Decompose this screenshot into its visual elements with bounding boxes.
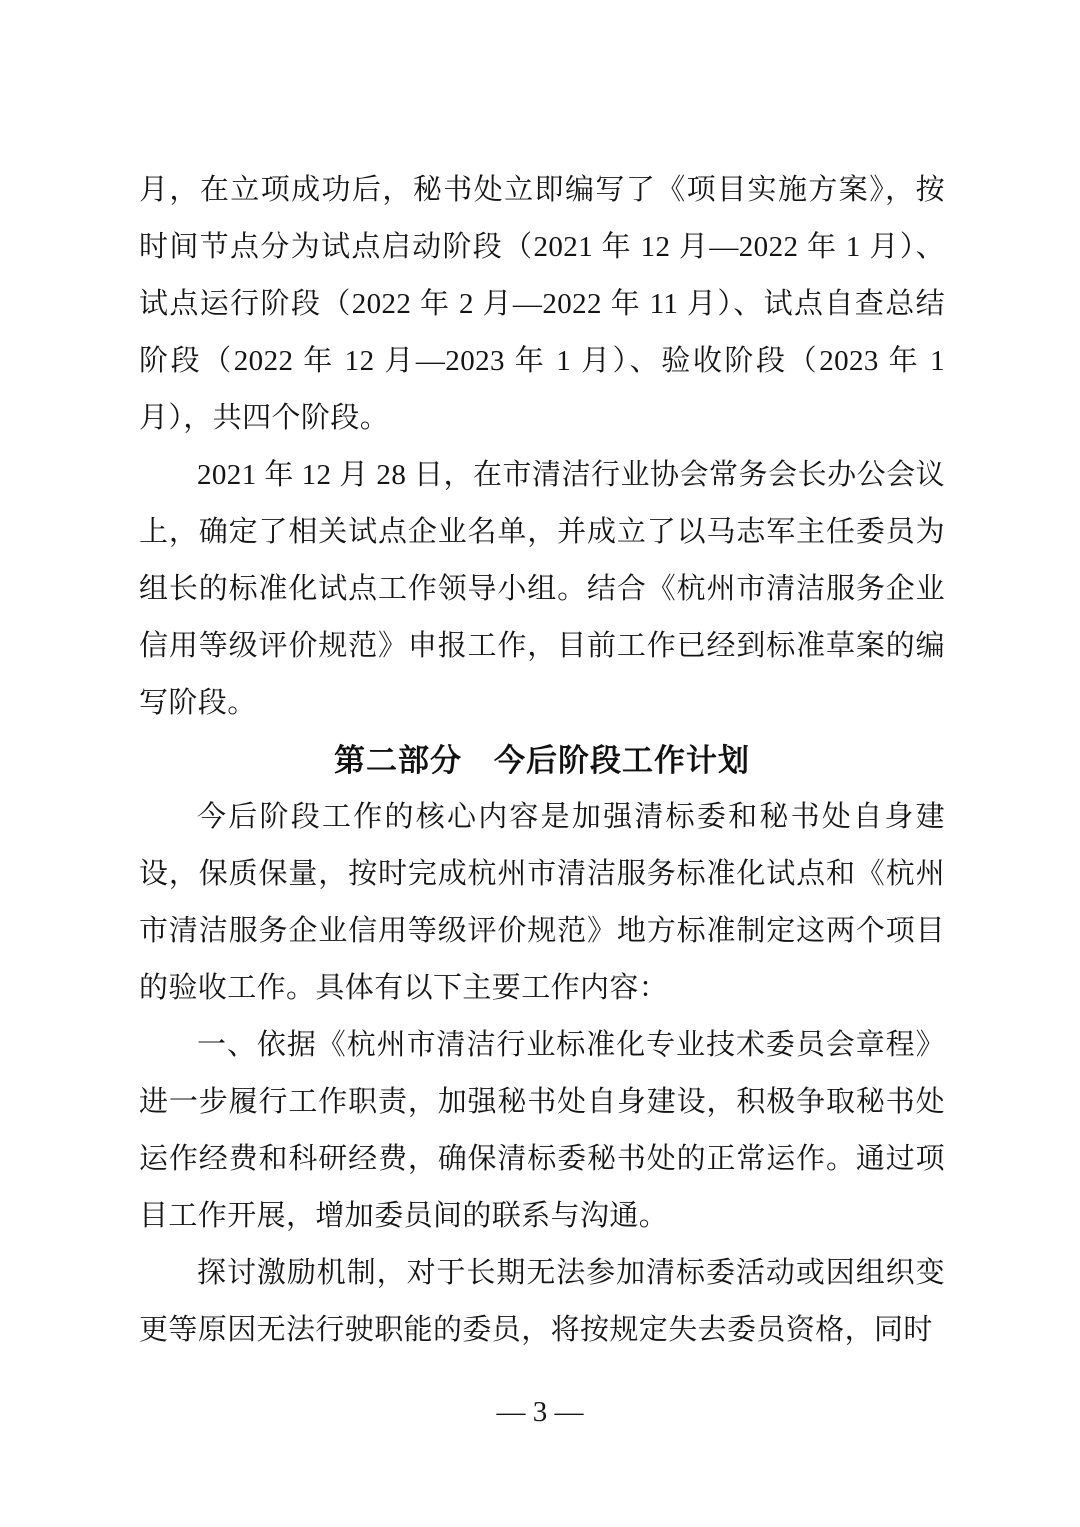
body-paragraph: 今后阶段工作的核心内容是加强清标委和秘书处自身建设，保质保量，按时完成杭州市清洁… bbox=[139, 789, 945, 1017]
body-paragraph: 月，在立项成功后，秘书处立即编写了《项目实施方案》，按时间节点分为试点启动阶段（… bbox=[139, 162, 945, 447]
body-paragraph: 一、依据《杭州市清洁行业标准化专业技术委员会章程》进一步履行工作职责，加强秘书处… bbox=[139, 1017, 945, 1245]
document-page: 月，在立项成功后，秘书处立即编写了《项目实施方案》，按时间节点分为试点启动阶段（… bbox=[0, 0, 1080, 1527]
page-number: — 3 — bbox=[0, 1392, 1080, 1432]
section-heading: 第二部分 今后阶段工作计划 bbox=[139, 732, 945, 789]
body-paragraph: 探讨激励机制，对于长期无法参加清标委活动或因组织变更等原因无法行驶职能的委员，将… bbox=[139, 1245, 945, 1359]
document-body: 月，在立项成功后，秘书处立即编写了《项目实施方案》，按时间节点分为试点启动阶段（… bbox=[139, 162, 945, 1359]
body-paragraph: 2021 年 12 月 28 日，在市清洁行业协会常务会长办公会议上，确定了相关… bbox=[139, 447, 945, 732]
